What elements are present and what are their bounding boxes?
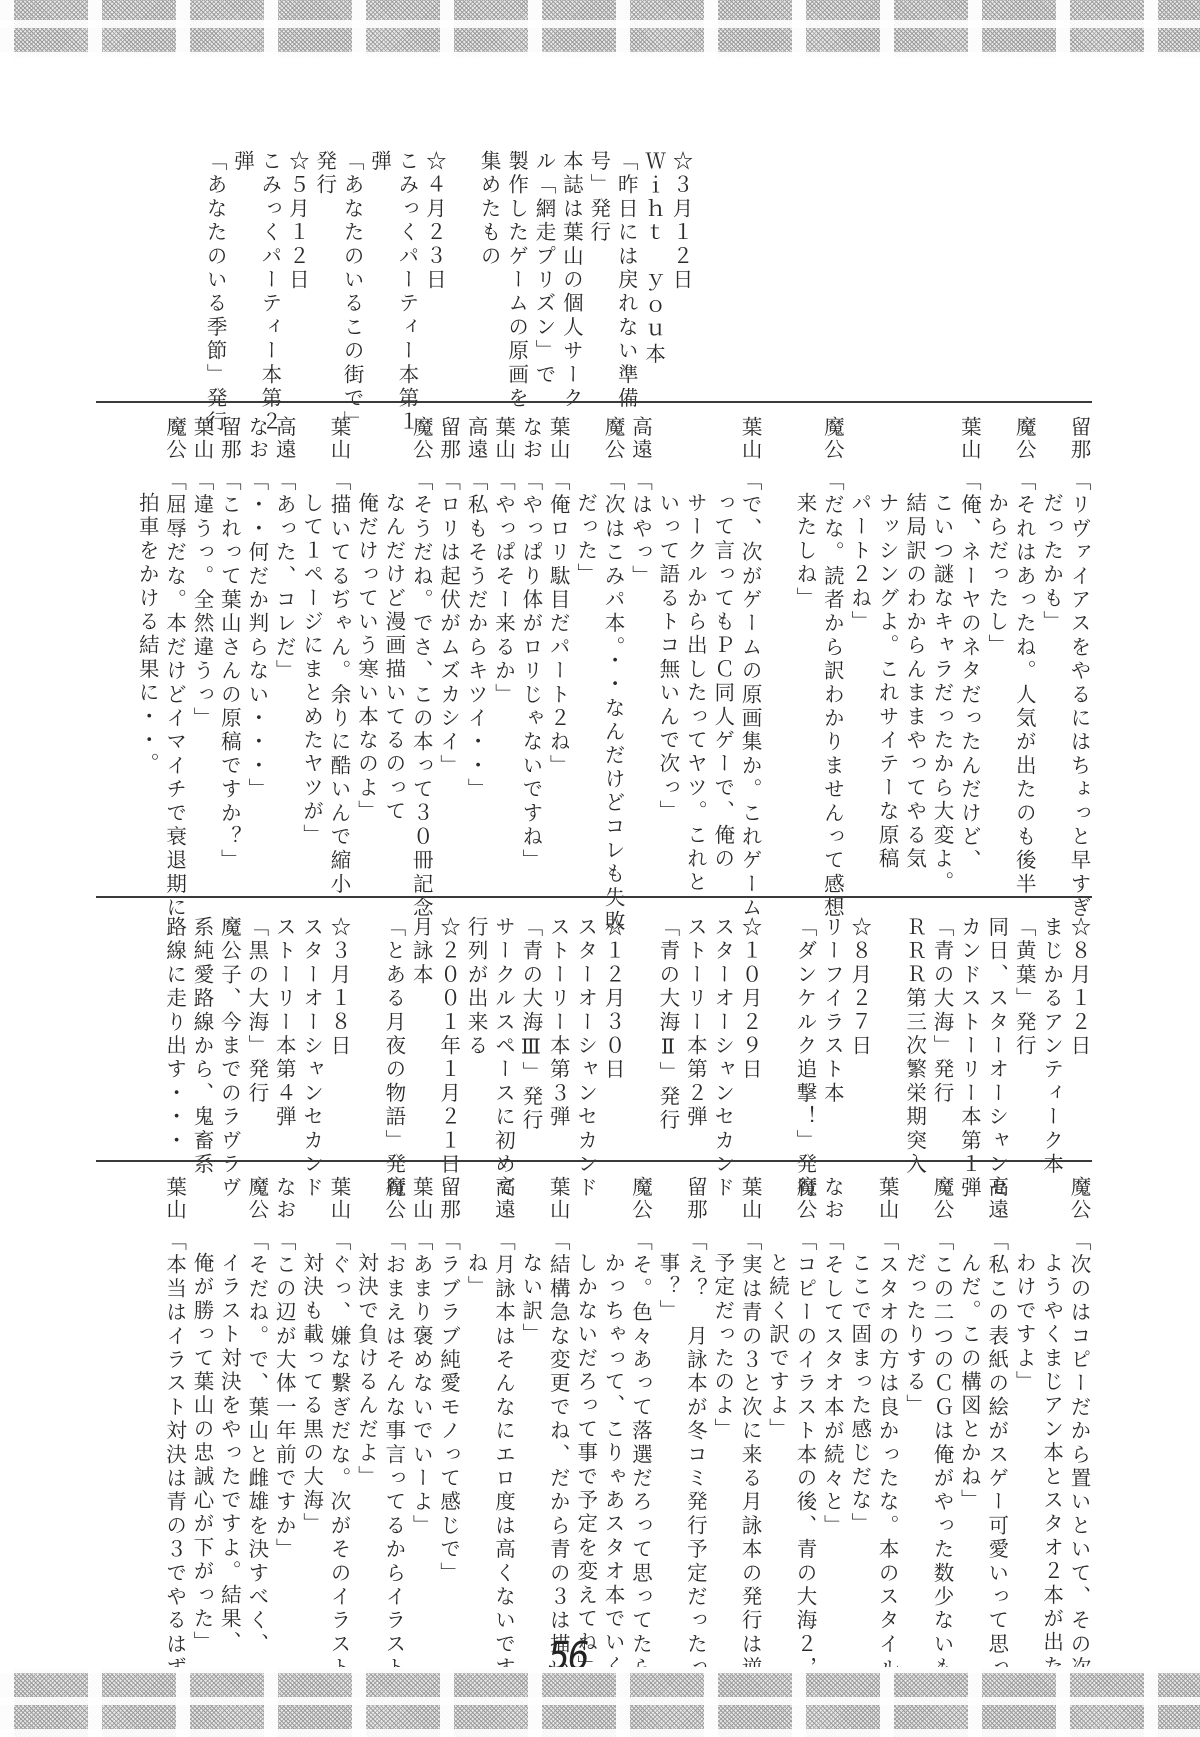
speaker-spacer (845, 416, 872, 470)
timeline-date: ☆８月１２日 (1065, 916, 1092, 1151)
dialogue-line: 対決も載ってる黒の大海」 (297, 1176, 324, 1646)
dialogue-line: なお「やっぱり体がロリじゃないですね」 (516, 416, 543, 886)
dialogue-text: こいつ謎なキャラだったから大変よ。 (930, 492, 954, 895)
dialogue-text: 「そうだね。でさ、この本って３０冊記念 (409, 470, 433, 920)
dialogue-line: 葉山「本当はイラスト対決は青の３でやるはずだ (160, 1176, 187, 1646)
dialogue-line: 留那「これって葉山さんの原稿ですか？」 (215, 416, 242, 886)
dialogue-text: 「あまり褒めないでいーよ」 (409, 1230, 433, 1538)
speaker-name: 葉山 (407, 1176, 434, 1230)
timeline-text: 「青の大海Ⅲ」発行 (516, 916, 543, 1151)
bottom-plaid-border (0, 1667, 1200, 1737)
dialogue-line: 魔公「そ。色々あって落選だろって思ってたらう (626, 1176, 653, 1646)
dialogue-line: ない訳」 (516, 1176, 543, 1646)
timeline-text: 「黒の大海」発行 (242, 916, 269, 1151)
dialogue-line: 留那「ラブラブ純愛モノって感じで」 (434, 1176, 461, 1646)
dialogue-line: 葉山「実は青の３と次に来る月詠本の発行は逆の (736, 1176, 763, 1646)
dialogue-line: こいつ謎なキャラだったから大変よ。 (928, 416, 955, 886)
dialogue-line: 葉山「結構急な変更でね、だから青の３は描いて (544, 1176, 571, 1646)
speaker-name: 留那 (434, 416, 461, 470)
dialogue-line: 高遠「私この表紙の絵がスゲー可愛いって思った (982, 1176, 1009, 1646)
speaker-spacer (352, 1176, 379, 1230)
dialogue-line: からだったし」 (982, 416, 1009, 886)
dialogue-text: 「次のはコピーだから置いといて、その次に (1067, 1230, 1091, 1704)
speaker-name: 魔公 (407, 416, 434, 470)
dialogue-text: 「俺、ネーヤのネタだったんだけど、 (957, 470, 981, 873)
speaker-name: 魔公 (379, 1176, 406, 1230)
dialogue-line: 魔公「この二つのＣＧは俺がやった数少ないもの (928, 1176, 955, 1646)
dialogue-text: 来たしね」 (793, 492, 817, 611)
dialogue-text: 「本当はイラスト対決は青の３でやるはずだ (163, 1230, 187, 1704)
dialogue-line: だったかも」 (1037, 416, 1064, 886)
dialogue-text: 「はやっ」 (629, 470, 653, 589)
timeline-text: 弾 (228, 150, 255, 395)
dialogue-text: かっちゃって、こりゃあスタオ本でいく (601, 1252, 625, 1679)
speaker-name: 葉山 (955, 416, 982, 470)
dialogue-line: 魔公「コピーのイラスト本の後、青の大海２，３ (791, 1176, 818, 1646)
dialogue-text: ここで固まった感じだな」 (848, 1252, 872, 1536)
timeline-text: 発行 (310, 150, 337, 395)
timeline-date: ☆５月１２日 (283, 150, 310, 395)
dialogue-text: んだ。この構図とかね」 (957, 1252, 981, 1513)
speaker-name: 魔公 (1010, 416, 1037, 470)
dialogue-line: 高遠「はやっ」 (626, 416, 653, 886)
dialogue-line: なんだけど漫画描いてるのって (379, 416, 406, 886)
dialogue-text: 「え？ 月詠本が冬コミ発行予定だったって (683, 1230, 707, 1704)
dialogue-text: 「スタオの方は良かったな。本のスタイルも (875, 1230, 899, 1704)
dialogue-line: だったりする」 (900, 1176, 927, 1646)
dialogue-line: って言ってもＰＣ同人ゲーで、俺の (708, 416, 735, 886)
dialogue-text: 「結構急な変更でね、だから青の３は描いて (546, 1230, 570, 1704)
speaker-spacer (352, 416, 379, 470)
dialogue-text: サークルから出したってヤツ。これと (683, 492, 707, 895)
dialogue-section-1: 留那「リヴァイアスをやるにはちょっと早すぎ だったかも」魔公「それはあったね。人… (133, 416, 1092, 886)
dialogue-text: 「ロリは起伏がムズカシイ」 (437, 470, 461, 778)
dialogue-line: 葉山「描いてるぢゃん。余りに酷いんで縮小 (325, 416, 352, 886)
timeline-text: 号」発行 (584, 150, 611, 395)
dialogue-text: ようやくまじアン本とスタオ２本が出た (1040, 1252, 1064, 1679)
dialogue-section-2: 魔公「次のはコピーだから置いといて、その次に ようやくまじアン本とスタオ２本が出… (160, 1176, 1092, 1646)
dialogue-text: 予定だったのよ」 (711, 1252, 735, 1442)
timeline-text: Ｗｉｈｔ ｙｏｕ本 (639, 150, 666, 395)
speaker-spacer (791, 416, 818, 470)
dialogue-line: イラスト対決をやったですよ。結果、 (215, 1176, 242, 1646)
timeline-date: ☆４月２３日 (420, 150, 447, 395)
speaker-name: 高遠 (982, 1176, 1009, 1230)
dialogue-text: 事？」 (656, 1252, 680, 1323)
speaker-name: 魔公 (242, 1176, 269, 1230)
dialogue-line: ね」 (462, 1176, 489, 1646)
dialogue-line: 俺だけっていう寒い本なのよ」 (352, 416, 379, 886)
timeline-text: 魔公子、今までのラヴラヴ (215, 916, 242, 1151)
dialogue-text: 「私この表紙の絵がスゲー可愛いって思った (985, 1230, 1009, 1704)
dialogue-text: 「次はこみパ本。・・なんだけどコレも失敗 (601, 470, 625, 934)
section-divider-2 (96, 896, 1092, 898)
section-divider-3 (96, 1160, 1092, 1162)
speaker-spacer (845, 1176, 872, 1230)
dialogue-text: 「リヴァイアスをやるにはちょっと早すぎ (1067, 470, 1091, 920)
speaker-spacer (462, 1176, 489, 1230)
dialogue-text: 「私もそうだからキツイ・・」 (464, 470, 488, 802)
dialogue-text: 「この二つのＣＧは俺がやった数少ないもの (930, 1230, 954, 1704)
speaker-name: 高遠 (270, 416, 297, 470)
dialogue-line: 葉山「やっぱそー来るか」 (489, 416, 516, 886)
timeline-text: ストーリー本第４弾 (270, 916, 297, 1151)
timeline-text: 「あなたのいるこの街で」 (338, 150, 365, 395)
dialogue-line: 対決で負けるんだよ」 (352, 1176, 379, 1646)
speaker-spacer (654, 1176, 681, 1230)
dialogue-text: 「ラブラブ純愛モノって感じで」 (437, 1230, 461, 1586)
speaker-name: 留那 (681, 1176, 708, 1230)
timeline-text: まじかるアンティーク本 (1037, 916, 1064, 1151)
speaker-name: 高遠 (462, 416, 489, 470)
speaker-name: なお (270, 1176, 297, 1230)
dialogue-line: パート２ね」 (845, 416, 872, 886)
speaker-name: 葉山 (873, 1176, 900, 1230)
speaker-name: 葉山 (736, 1176, 763, 1230)
timeline-text: 弾 (365, 150, 392, 395)
dialogue-line: サークルから出したってヤツ。これと (681, 416, 708, 886)
dialogue-line: 葉山「で、次がゲームの原画集か。これゲーム (736, 416, 763, 886)
dialogue-text: 「そ。色々あって落選だろって思ってたらう (629, 1230, 653, 1704)
timeline-text: 本誌は葉山の個人サーク (557, 150, 584, 395)
dialogue-text: って言ってもＰＣ同人ゲーで、俺の (711, 492, 735, 871)
speaker-spacer (708, 1176, 735, 1230)
speaker-name: 魔公 (599, 416, 626, 470)
dialogue-line: 結局訳のわからんままやってやる気 (900, 416, 927, 886)
dialogue-line: 拍車をかける結果に・・。 (133, 416, 160, 886)
dialogue-line: 葉山「違うっ。全然違うっ」 (188, 416, 215, 886)
timeline-text: ストーリー本第３弾 (544, 916, 571, 1151)
speaker-spacer (763, 416, 790, 470)
dialogue-line: 魔公「そうだね。でさ、この本って３０冊記念 (407, 416, 434, 886)
dialogue-text: 結局訳のわからんままやってやる気 (903, 492, 927, 871)
dialogue-line: 予定だったのよ」 (708, 1176, 735, 1646)
dialogue-text: ない訳」 (519, 1252, 543, 1347)
timeline-text: 製作したゲームの原画を (502, 150, 529, 395)
speaker-spacer (763, 1176, 790, 1230)
timeline-date: ☆２００１年１月２１日 (434, 916, 461, 1151)
timeline-text: 行列が出来る (462, 916, 489, 1151)
timeline-text (873, 916, 900, 1151)
dialogue-text: 対決で負けるんだよ」 (354, 1252, 378, 1489)
dialogue-line: しかないだろって事で予定を変えてね」 (571, 1176, 598, 1646)
dialogue-text: 「この辺が大体一年前ですか」 (272, 1230, 296, 1562)
speaker-name: 葉山 (188, 416, 215, 470)
speaker-spacer (708, 416, 735, 470)
speaker-name: 留那 (215, 416, 242, 470)
dialogue-text: わけですよ」 (1012, 1252, 1036, 1394)
speaker-name: なお (242, 416, 269, 470)
dialogue-line: 留那「ロリは起伏がムズカシイ」 (434, 416, 461, 886)
timeline-text: スターオーシャンセカンド (571, 916, 598, 1151)
dialogue-line: 高遠「あった、コレだ」 (270, 416, 297, 886)
speaker-spacer (188, 1176, 215, 1230)
timeline-text: サークルスペースに初めて (489, 916, 516, 1151)
timeline-text: 路線に走り出す・・・ (160, 916, 187, 1151)
dialogue-text: 「・・何だか判らない・・・」 (245, 470, 269, 802)
timeline-text: 集めたもの (475, 150, 502, 395)
dialogue-text: 「月詠本はそんなにエロ度は高くないです (491, 1230, 515, 1680)
timeline-text: ル「網走プリズン」で (530, 150, 557, 395)
dialogue-line: なお「そしてスタオ本が続々と」 (818, 1176, 845, 1646)
dialogue-text: と続く訳ですよ」 (766, 1252, 790, 1442)
dialogue-line: 葉山「あまり褒めないでいーよ」 (407, 1176, 434, 1646)
timeline-section-2000-spring: ☆３月１２日Ｗｉｈｔ ｙｏｕ本「昨日には戻れない準備号」発行本誌は葉山の個人サー… (201, 150, 694, 395)
speaker-name: 葉山 (544, 1176, 571, 1230)
dialogue-line: 魔公「屈辱だな。本だけどイマイチで衰退期に (160, 416, 187, 886)
timeline-text (626, 916, 653, 1151)
dialogue-text: 「そだね。で、葉山と雌雄を決すべく、 (245, 1230, 269, 1657)
dialogue-line: 葉山「ぐっ、嫌な繋ぎだな。次がそのイラスト (325, 1176, 352, 1646)
speaker-spacer (873, 416, 900, 470)
dialogue-line: 魔公「そだね。で、葉山と雌雄を決すべく、 (242, 1176, 269, 1646)
speaker-name: 魔公 (928, 1176, 955, 1230)
dialogue-line: 魔公「おまえはそんな事言ってるからイラスト (379, 1176, 406, 1646)
dialogue-line: なお「この辺が大体一年前ですか」 (270, 1176, 297, 1646)
timeline-text: ＲＲＲ第三次繁栄期突入 (900, 916, 927, 1151)
timeline-date: ☆３月１２日 (667, 150, 694, 395)
dialogue-line: 留那「え？ 月詠本が冬コミ発行予定だったって (681, 1176, 708, 1646)
dialogue-text: 「で、次がゲームの原画集か。これゲーム (738, 470, 762, 920)
dialogue-text: 「屈辱だな。本だけどイマイチで衰退期に (163, 470, 187, 920)
dialogue-text: 「ぐっ、嫌な繋ぎだな。次がそのイラスト (327, 1230, 351, 1680)
timeline-text: リーフイラスト本 (818, 916, 845, 1151)
speaker-name: 葉山 (325, 416, 352, 470)
timeline-text: 月詠本 (407, 916, 434, 1151)
dialogue-line: んだ。この構図とかね」 (955, 1176, 982, 1646)
speaker-spacer (599, 1176, 626, 1230)
timeline-text (352, 916, 379, 1151)
dialogue-line: なお「・・何だか判らない・・・」 (242, 416, 269, 886)
dialogue-line: 事？」 (654, 1176, 681, 1646)
speaker-name: 留那 (434, 1176, 461, 1230)
dialogue-text: 「やっぱそー来るか」 (491, 470, 515, 707)
dialogue-text: 「それはあったね。人気が出たのも後半 (1012, 470, 1036, 897)
speaker-spacer (297, 416, 324, 470)
dialogue-line: ようやくまじアン本とスタオ２本が出た (1037, 1176, 1064, 1646)
speaker-name: 葉山 (544, 416, 571, 470)
speaker-spacer (955, 1176, 982, 1230)
speaker-name: 葉山 (736, 416, 763, 470)
speaker-name: 魔公 (160, 416, 187, 470)
timeline-text: ストーリー本第２弾 (681, 916, 708, 1151)
timeline-text (763, 916, 790, 1151)
timeline-date: ☆３月１８日 (325, 916, 352, 1151)
speaker-spacer (1037, 1176, 1064, 1230)
speaker-spacer (900, 416, 927, 470)
timeline-text: 「とある月夜の物語」発行 (379, 916, 406, 1151)
speaker-name: 魔公 (1065, 1176, 1092, 1230)
dialogue-text: 「あった、コレだ」 (272, 470, 296, 683)
dialogue-line: ここで固まった感じだな」 (845, 1176, 872, 1646)
speaker-name: 留那 (1065, 416, 1092, 470)
dialogue-text: 「だな。読者から訳わかりませんって感想 (820, 470, 844, 920)
dialogue-text: 「これって葉山さんの原稿ですか？」 (217, 470, 241, 873)
timeline-text: カンドストーリー本第１弾 (955, 916, 982, 1151)
dialogue-line: して１ページにまとめたヤツが」 (297, 416, 324, 886)
speaker-name: 葉山 (325, 1176, 352, 1230)
dialogue-line: 葉山「俺、ネーヤのネタだったんだけど、 (955, 416, 982, 886)
dialogue-line: だった」 (571, 416, 598, 886)
timeline-date: ☆１２月３０日 (599, 916, 626, 1151)
speaker-name: 高遠 (626, 416, 653, 470)
dialogue-text: 「違うっ。全然違うっ」 (190, 470, 214, 731)
speaker-spacer (1010, 1176, 1037, 1230)
speaker-spacer (297, 1176, 324, 1230)
dialogue-line: 高遠「月詠本はそんなにエロ度は高くないです (489, 1176, 516, 1646)
dialogue-line: いって語るトコ無いんで次っ」 (654, 416, 681, 886)
timeline-text: 「青の大海Ⅱ」発行 (654, 916, 681, 1151)
timeline-text: スターオーシャンセカンド (297, 916, 324, 1151)
speaker-name: 葉山 (489, 416, 516, 470)
speaker-spacer (681, 416, 708, 470)
timeline-text: 同日、スターオーシャンセ (982, 916, 1009, 1151)
timeline-date: ☆８月２７日 (845, 916, 872, 1151)
speaker-name: 高遠 (489, 1176, 516, 1230)
dialogue-text: して１ページにまとめたヤツが」 (300, 492, 324, 848)
dialogue-line: 留那「リヴァイアスをやるにはちょっと早すぎ (1065, 416, 1092, 886)
dialogue-text: 「コピーのイラスト本の後、青の大海２，３ (793, 1230, 817, 1704)
speaker-spacer (982, 416, 1009, 470)
dialogue-text (766, 470, 790, 497)
dialogue-text: 俺が勝って葉山の忠誠心が下がった」 (190, 1252, 214, 1655)
timeline-text: 「昨日には戻れない準備 (612, 150, 639, 395)
dialogue-text: 「そしてスタオ本が続々と」 (820, 1230, 844, 1538)
dialogue-line: と続く訳ですよ」 (763, 1176, 790, 1646)
speaker-name: なお (516, 416, 543, 470)
speaker-spacer (215, 1176, 242, 1230)
dialogue-text: 対決も載ってる黒の大海」 (300, 1252, 324, 1536)
dialogue-line: 来たしね」 (791, 416, 818, 886)
speaker-spacer (571, 416, 598, 470)
dialogue-text: 拍車をかける結果に・・。 (135, 492, 159, 776)
speaker-spacer (900, 1176, 927, 1230)
dialogue-text: だったかも」 (1040, 492, 1064, 634)
dialogue-line: ナッシングよ。これサイテーな原稿 (873, 416, 900, 886)
timeline-text: 系純愛路線から、鬼畜系 (188, 916, 215, 1151)
dialogue-line: かっちゃって、こりゃあスタオ本でいく (599, 1176, 626, 1646)
timeline-text (447, 150, 474, 395)
dialogue-text: 「やっぱり体がロリじゃないですね」 (519, 470, 543, 873)
dialogue-text: イラスト対決をやったですよ。結果、 (217, 1252, 241, 1655)
speaker-spacer (1037, 416, 1064, 470)
timeline-text: 「あなたのいる季節」発行 (201, 150, 228, 395)
dialogue-text: 「俺ロリ駄目だパート２ね」 (546, 470, 570, 778)
dialogue-line: 俺が勝って葉山の忠誠心が下がった」 (188, 1176, 215, 1646)
timeline-date: ☆１０月２９日 (736, 916, 763, 1151)
dialogue-text: 「おまえはそんな事言ってるからイラスト (382, 1230, 406, 1680)
section-divider-1 (96, 401, 1092, 403)
dialogue-text: しかないだろって事で予定を変えてね」 (574, 1252, 598, 1679)
dialogue-text: だったりする」 (903, 1252, 927, 1418)
dialogue-line (763, 416, 790, 886)
dialogue-text: なんだけど漫画描いてるのって (382, 492, 406, 824)
timeline-text: こみっくパーティー本第２ (256, 150, 283, 395)
dialogue-text: ね」 (464, 1252, 488, 1299)
timeline-text: 「青の大海」発行 (928, 916, 955, 1151)
speaker-spacer (379, 416, 406, 470)
dialogue-text: ナッシングよ。これサイテーな原稿 (875, 492, 899, 871)
dialogue-line: 葉山「俺ロリ駄目だパート２ね」 (544, 416, 571, 886)
timeline-text: 「黄葉」発行 (1010, 916, 1037, 1151)
timeline-text: こみっくパーティー本第１ (393, 150, 420, 395)
timeline-section-2000-2001: ☆８月１２日まじかるアンティーク本「黄葉」発行同日、スターオーシャンセカンドスト… (160, 916, 1092, 1151)
speaker-name: 葉山 (160, 1176, 187, 1230)
speaker-spacer (654, 416, 681, 470)
timeline-text: 「ダンケルク追撃！」発行 (791, 916, 818, 1151)
dialogue-line: 魔公「それはあったね。人気が出たのも後半 (1010, 416, 1037, 886)
dialogue-text: からだったし」 (985, 492, 1009, 658)
timeline-text: スターオーシャンセカンド (708, 916, 735, 1151)
dialogue-line: わけですよ」 (1010, 1176, 1037, 1646)
speaker-spacer (571, 1176, 598, 1230)
dialogue-line: 高遠「私もそうだからキツイ・・」 (462, 416, 489, 886)
speaker-spacer (133, 416, 160, 470)
dialogue-text: だった」 (574, 492, 598, 587)
speaker-name: 魔公 (818, 416, 845, 470)
speaker-spacer (928, 416, 955, 470)
dialogue-text: 「実は青の３と次に来る月詠本の発行は逆の (738, 1230, 762, 1704)
dialogue-line: 魔公「次のはコピーだから置いといて、その次に (1065, 1176, 1092, 1646)
top-plaid-border (0, 0, 1200, 60)
dialogue-text: いって語るトコ無いんで次っ」 (656, 492, 680, 824)
dialogue-line: 葉山「スタオの方は良かったな。本のスタイルも (873, 1176, 900, 1646)
speaker-name: 魔公 (626, 1176, 653, 1230)
dialogue-text: 俺だけっていう寒い本なのよ」 (354, 492, 378, 824)
dialogue-text: 「描いてるぢゃん。余りに酷いんで縮小 (327, 470, 351, 897)
dialogue-line: 魔公「だな。読者から訳わかりませんって感想 (818, 416, 845, 886)
speaker-spacer (516, 1176, 543, 1230)
speaker-name: なお (818, 1176, 845, 1230)
speaker-name: 魔公 (791, 1176, 818, 1230)
dialogue-text: パート２ね」 (848, 492, 872, 634)
dialogue-line: 魔公「次はこみパ本。・・なんだけどコレも失敗 (599, 416, 626, 886)
